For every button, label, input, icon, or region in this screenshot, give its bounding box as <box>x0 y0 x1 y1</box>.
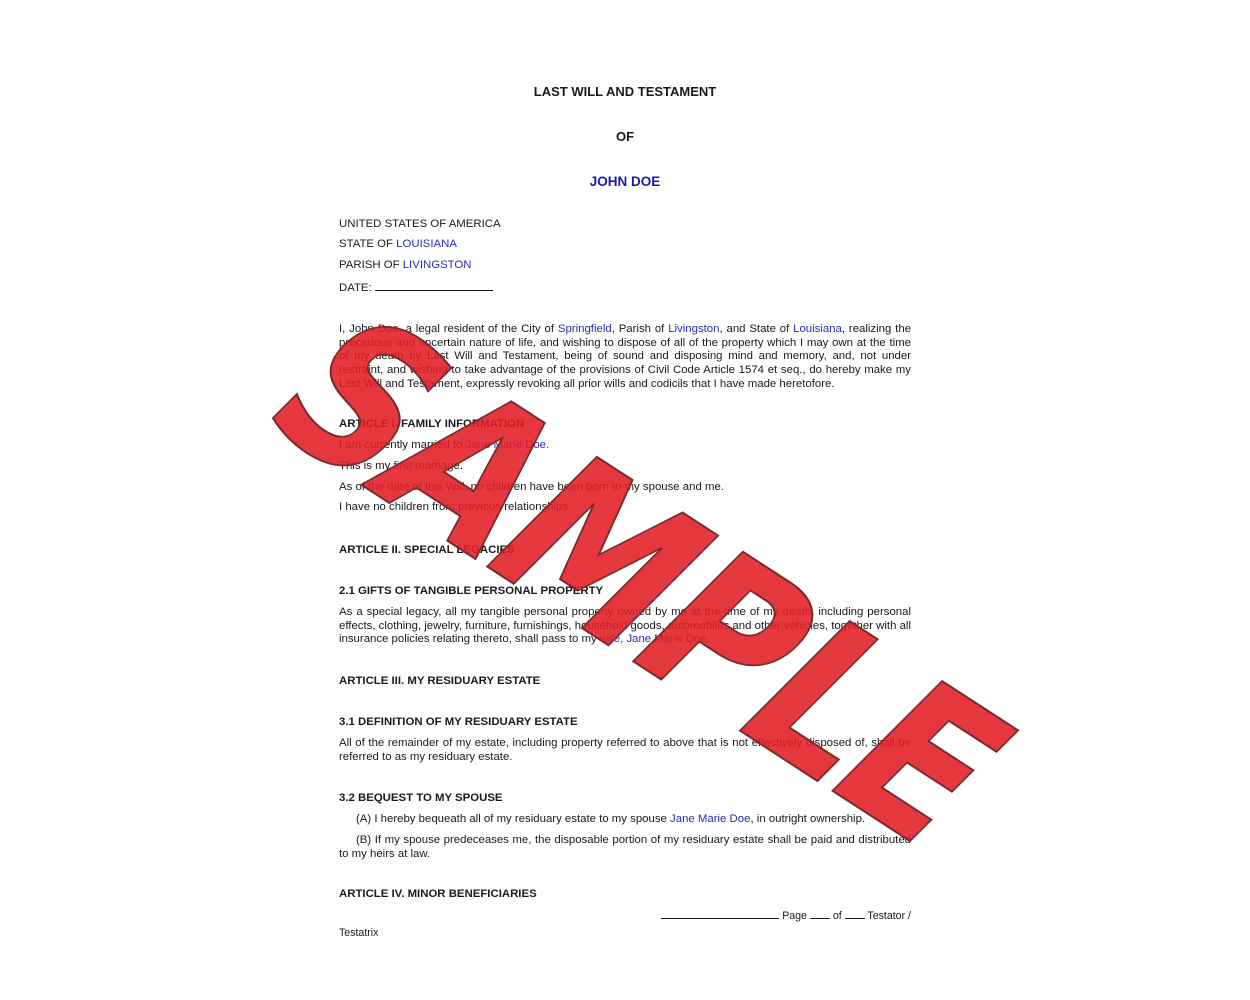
marriage-text: This is my <box>339 460 393 472</box>
signer-label: Testator / <box>867 910 911 922</box>
city-value: Springfield <box>558 323 612 335</box>
period: . <box>546 439 549 451</box>
marriage-ordinal: first <box>393 460 411 472</box>
marriage-count-line: This is my first marriage. <box>339 460 463 474</box>
section-3-1-heading: 3.1 DEFINITION OF MY RESIDUARY ESTATE <box>339 716 578 730</box>
preamble-text: , and State of <box>719 323 793 335</box>
parish-line: PARISH OF LIVINGSTON <box>339 259 472 273</box>
section-2-1-heading: 2.1 GIFTS OF TANGIBLE PERSONAL PROPERTY <box>339 585 603 599</box>
article-1-heading: ARTICLE I. FAMILY INFORMATION <box>339 418 524 432</box>
spouse-name: Jane Marie Doe <box>670 813 750 825</box>
page-footer: Page of Testator / Testatrix <box>339 908 911 940</box>
marital-text: I am currently married to <box>339 439 466 451</box>
beneficiary-name: wife, Jane Marie Doe <box>600 633 707 645</box>
country-line: UNITED STATES OF AMERICA <box>339 218 501 232</box>
initials-blank-field[interactable] <box>661 908 779 919</box>
clause-a: (A) I hereby bequeath all of my residuar… <box>339 813 911 827</box>
testator-name: JOHN DOE <box>339 175 911 189</box>
date-label: DATE: <box>339 282 372 294</box>
prior-children-line: I have no children from previous relatio… <box>339 501 571 515</box>
page-number-blank[interactable] <box>810 908 830 919</box>
preamble-text: I, John Doe, a legal resident of the Cit… <box>339 323 558 335</box>
article-4-heading: ARTICLE IV. MINOR BENEFICIARIES <box>339 888 537 902</box>
parish-label: PARISH OF <box>339 259 403 271</box>
spouse-name: Jane Marie Doe <box>466 439 546 451</box>
marital-status-line: I am currently married to Jane Marie Doe… <box>339 439 549 453</box>
article-2-heading: ARTICLE II. SPECIAL LEGACIES <box>339 544 515 558</box>
article-3-heading: ARTICLE III. MY RESIDUARY ESTATE <box>339 675 540 689</box>
children-line: As of the date of this Will, no children… <box>339 481 724 495</box>
parish-value: LIVINGSTON <box>403 259 472 271</box>
state-label: STATE OF <box>339 238 396 250</box>
of-label: of <box>833 910 842 922</box>
clause-b: (B) If my spouse predeceases me, the dis… <box>339 834 911 861</box>
state-inline-value: Louisiana <box>793 323 842 335</box>
section-3-2-heading: 3.2 BEQUEST TO MY SPOUSE <box>339 792 503 806</box>
clause-text: (A) I hereby bequeath all of my residuar… <box>356 813 670 825</box>
document-page: LAST WILL AND TESTAMENT OF JOHN DOE UNIT… <box>0 0 1250 1000</box>
parish-inline-value: Livingston <box>668 323 719 335</box>
state-line: STATE OF LOUISIANA <box>339 238 457 252</box>
preamble-text: , Parish of <box>612 323 668 335</box>
preamble-paragraph: I, John Doe, a legal resident of the Cit… <box>339 323 911 392</box>
title-of: OF <box>339 130 911 144</box>
section-2-1-paragraph: As a special legacy, all my tangible per… <box>339 606 911 647</box>
section-3-1-paragraph: All of the remainder of my estate, inclu… <box>339 737 911 764</box>
document-title: LAST WILL AND TESTAMENT <box>339 85 911 99</box>
page-label: Page <box>782 910 807 922</box>
signer-label-continued: Testatrix <box>339 927 911 941</box>
period: . <box>707 633 710 645</box>
date-blank-field[interactable] <box>375 280 493 291</box>
page-total-blank[interactable] <box>845 908 865 919</box>
marriage-text: marriage. <box>412 460 463 472</box>
state-value: LOUISIANA <box>396 238 457 250</box>
clause-text: , in outright ownership. <box>750 813 865 825</box>
date-line: DATE: <box>339 280 493 296</box>
footer-signature-row: Page of Testator / <box>339 908 911 924</box>
